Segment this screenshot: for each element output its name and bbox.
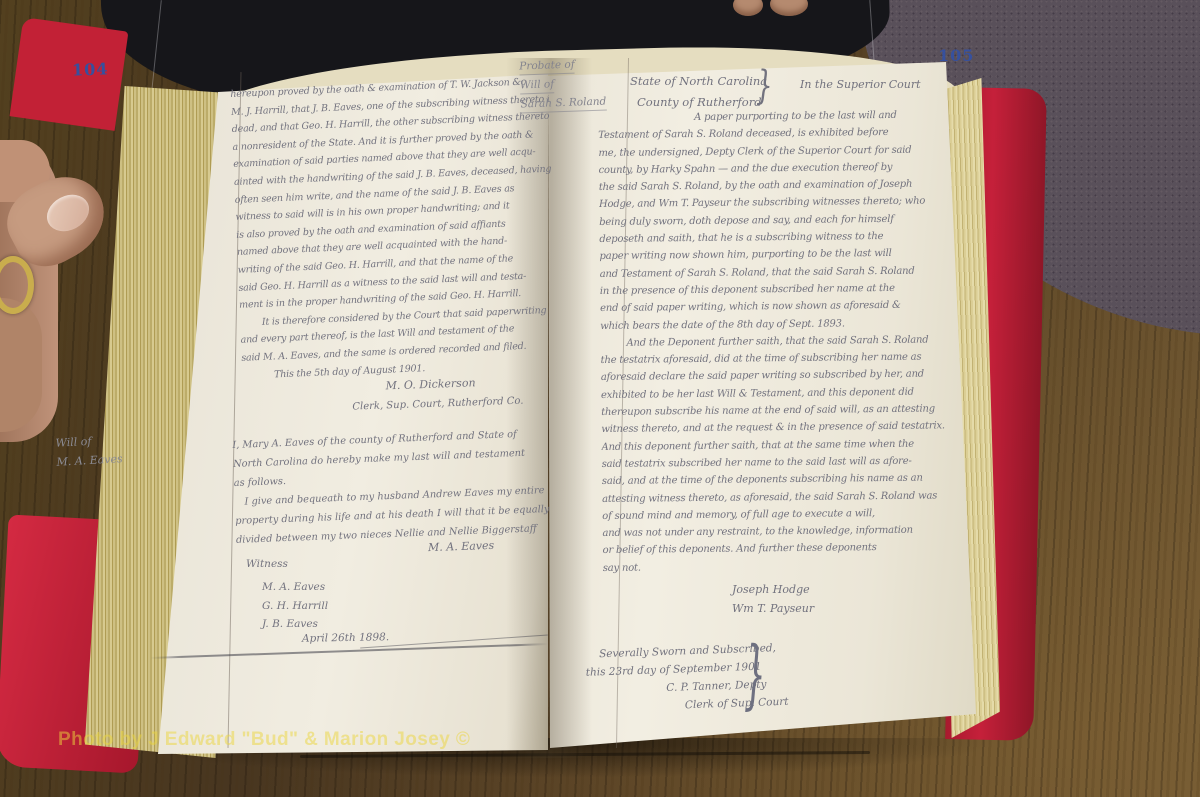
- handwritten-line: M. A. Eaves: [56, 449, 123, 471]
- witness-names: M. A. EavesG. H. HarrillJ. B. Eaves: [262, 578, 328, 634]
- heading-court: In the Superior Court: [800, 78, 921, 91]
- will-text-eaves: I, Mary A. Eaves of the county of Ruther…: [232, 424, 554, 550]
- probate-text-eaves: hereupon proved by the oath & examinatio…: [230, 73, 560, 385]
- clerk-signature-left: M. O. DickersonClerk, Sup. Court, Ruther…: [385, 372, 523, 417]
- witness-signatures-right: Joseph HodgeWm T. Payseur: [732, 580, 814, 618]
- ledger-photo: 104 105 Will ofM. A. Eaves hereupon prov…: [0, 0, 1200, 797]
- heading-state: State of North Carolina: [630, 74, 767, 88]
- margin-note-probate-roland: Probate ofWill ofSarah S. Roland: [519, 57, 607, 117]
- handwritten-line: Wm T. Payseur: [732, 599, 814, 618]
- page-number-right: 105: [938, 46, 974, 65]
- handwritten-line: Will of: [520, 77, 555, 94]
- handwritten-line: Probate of: [519, 58, 575, 76]
- heading-county: County of Rutherford: [637, 95, 762, 109]
- witness-label: Witness: [246, 558, 288, 570]
- finger: [0, 298, 42, 432]
- margin-note-will-of-eaves: Will ofM. A. Eaves: [55, 430, 123, 471]
- sworn-brace: }: [744, 632, 766, 720]
- heading-brace: }: [756, 64, 773, 109]
- handwritten-line: G. H. Harrill: [262, 597, 328, 616]
- handwritten-line: J. B. Eaves: [262, 615, 328, 634]
- handwritten-line: Sarah S. Roland: [520, 94, 606, 113]
- handwritten-line: M. A. Eaves: [262, 578, 328, 597]
- book-cover-red-top-left: [10, 17, 129, 131]
- witness-date: April 26th 1898.: [302, 631, 389, 645]
- will-signature: M. A. Eaves: [428, 539, 495, 554]
- photographer-watermark: Photo by J Edward "Bud" & Marion Josey ©: [58, 729, 470, 751]
- handwritten-line: Clerk of Sup. Court: [685, 693, 789, 715]
- handwritten-line: Joseph Hodge: [732, 580, 814, 599]
- page-number-left: 104: [72, 59, 109, 79]
- probate-text-roland: A paper purporting to be the last will a…: [598, 106, 965, 577]
